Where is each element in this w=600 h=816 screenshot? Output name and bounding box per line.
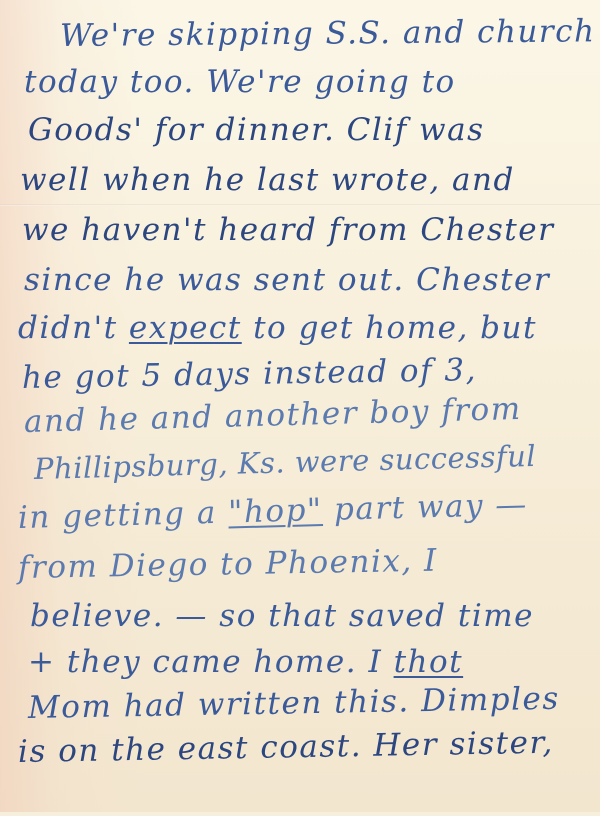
line-text: to get home, but xyxy=(242,310,537,346)
handwritten-line: We're skipping S.S. and church xyxy=(60,13,600,54)
handwritten-line: is on the east coast. Her sister, xyxy=(18,724,600,770)
handwritten-line: Mom had written this. Dimples xyxy=(28,680,600,726)
line-text: + they came home. I xyxy=(28,644,394,680)
line-text: didn't xyxy=(18,310,129,346)
handwritten-line: from Diego to Phoenix, I xyxy=(18,540,600,586)
handwritten-line: he got 5 days instead of 3, xyxy=(22,350,600,396)
letter-page: We're skipping S.S. and church today too… xyxy=(0,0,600,812)
handwritten-line: + they came home. I thot xyxy=(28,644,600,680)
handwritten-line: in getting a "hop" part way — xyxy=(18,484,600,536)
handwritten-line: believe. — so that saved time xyxy=(30,598,600,634)
line-text: in getting a xyxy=(18,495,229,536)
underlined-word: "hop" xyxy=(228,492,323,530)
underlined-word: thot xyxy=(394,644,464,680)
handwritten-line: today too. We're going to xyxy=(24,64,600,100)
handwritten-line: since he was sent out. Chester xyxy=(24,262,600,298)
handwritten-line: Goods' for dinner. Clif was xyxy=(28,112,600,148)
handwritten-line: Phillipsburg, Ks. were successful xyxy=(34,436,600,486)
handwritten-line: we haven't heard from Chester xyxy=(22,212,600,248)
line-text: part way — xyxy=(322,487,528,528)
handwritten-line: well when he last wrote, and xyxy=(20,162,600,198)
handwritten-line: didn't expect to get home, but xyxy=(18,310,600,346)
underlined-word: expect xyxy=(129,310,242,346)
paper-fold-line xyxy=(0,204,600,206)
handwritten-line: and he and another boy from xyxy=(24,388,600,440)
